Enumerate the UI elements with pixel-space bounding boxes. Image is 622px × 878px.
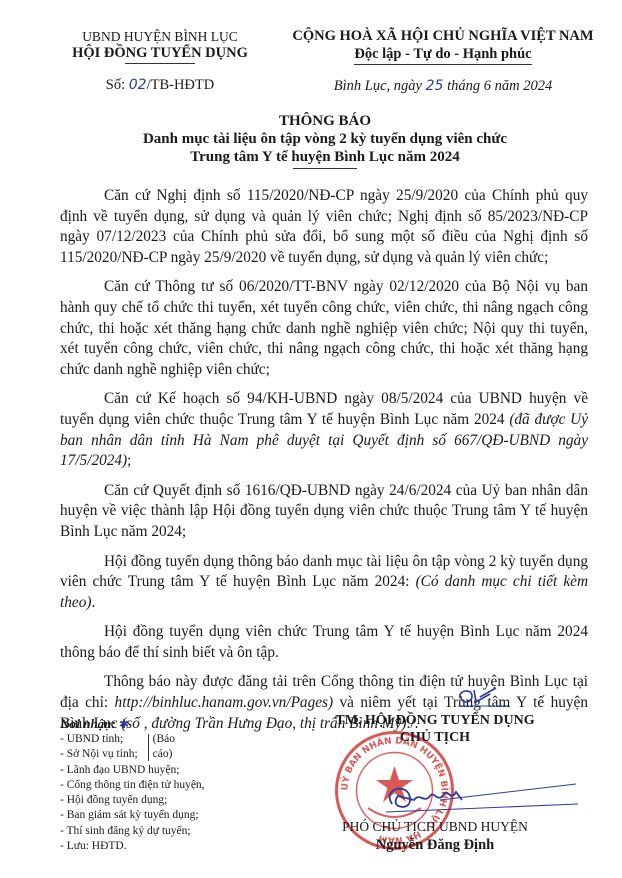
recipient-item: - Lưu: HĐTD.	[60, 839, 260, 854]
bracket-divider	[148, 734, 149, 761]
paragraph-legal-basis-3: Căn cứ Kế hoạch số 94/KH-UBND ngày 08/5/…	[60, 389, 588, 471]
title-heading: THÔNG BÁO	[40, 112, 610, 130]
document-number: Số: 02/TB-HĐTD	[60, 77, 260, 94]
portal-link[interactable]: http://binhluc.hanam.gov.vn/Pages)	[115, 694, 334, 711]
document-date: Bình Lục, ngày 25 tháng 6 năm 2024	[272, 78, 614, 95]
handwritten-mark-icon: ✱	[119, 717, 129, 731]
signatory-position: PHÓ CHỦ TỊCH UBND HUYỆN	[300, 818, 570, 835]
recipients-list: Nơi nhận: ✱ - UBND tỉnh; - Sở Nội vụ tỉn…	[60, 716, 260, 854]
title-subject-line2: Trung tâm Y tế huyện Bình Lục năm 2024	[40, 148, 610, 166]
paragraph-legal-basis-1: Căn cứ Nghị định số 115/2020/NĐ-CP ngày …	[60, 186, 588, 268]
signatory-name: Nguyễn Đăng Định	[300, 835, 570, 855]
national-header: CỘNG HOÀ XÃ HỘI CHỦ NGHĨA VIỆT NAM Độc l…	[272, 28, 614, 95]
paragraph-legal-basis-4: Căn cứ Quyết định số 1616/QĐ-UBND ngày 2…	[60, 481, 588, 543]
recipient-item: - Sở Nội vụ tỉnh;	[60, 747, 138, 762]
national-motto: Độc lập - Tự do - Hạnh phúc	[354, 46, 531, 65]
paragraph-announcement: Hội đồng tuyển dụng thông báo danh mục t…	[60, 552, 588, 614]
recipients-group: - UBND tỉnh; - Sở Nội vụ tỉnh; (Báo cáo)	[60, 732, 260, 763]
recipient-item: - Ban giám sát kỳ tuyển dụng;	[60, 808, 260, 823]
handwritten-signature-icon	[380, 778, 580, 818]
issuer-parent-agency: UBND HUYỆN BÌNH LỤC	[60, 28, 260, 45]
recipient-item: - UBND tỉnh;	[60, 732, 138, 747]
paragraph-legal-basis-2: Căn cứ Thông tư số 06/2020/TT-BNV ngày 0…	[60, 277, 588, 380]
issuer-name: HỘI ĐỒNG TUYỂN DỤNG	[60, 45, 260, 62]
recipient-item: - Cổng thông tin điện tử huyện,	[60, 778, 260, 793]
document-body: Căn cứ Nghị định số 115/2020/NĐ-CP ngày …	[60, 186, 588, 743]
header-divider	[125, 63, 195, 64]
group-note: (Báo	[153, 732, 175, 747]
title-divider	[293, 168, 357, 169]
national-title: CỘNG HOÀ XÃ HỘI CHỦ NGHĨA VIỆT NAM	[272, 28, 614, 45]
group-note: cáo)	[153, 747, 175, 762]
signatory-title: CHỦ TỊCH	[300, 729, 570, 746]
recipient-item: - Thí sinh đăng ký dự tuyển;	[60, 824, 260, 839]
issuer-header: UBND HUYỆN BÌNH LỤC HỘI ĐỒNG TUYỂN DỤNG …	[60, 28, 260, 94]
recipients-heading: Nơi nhận: ✱	[60, 716, 260, 732]
title-subject-line1: Danh mục tài liệu ôn tập vòng 2 kỳ tuyển…	[40, 130, 610, 148]
handwritten-number: 02	[129, 77, 147, 93]
recipient-item: - Hội đồng tuyển dụng;	[60, 793, 260, 808]
document-title: THÔNG BÁO Danh mục tài liệu ôn tập vòng …	[40, 112, 610, 169]
handwritten-initial-icon	[456, 684, 516, 710]
paragraph-notice: Hội đồng tuyển dụng viên chức Trung tâm …	[60, 622, 588, 663]
handwritten-day: 25	[426, 78, 444, 94]
signatory-on-behalf: TM. HỘI ĐỒNG TUYỂN DỤNG	[300, 712, 570, 729]
recipient-item: - Lãnh đạo UBND huyện;	[60, 763, 260, 778]
